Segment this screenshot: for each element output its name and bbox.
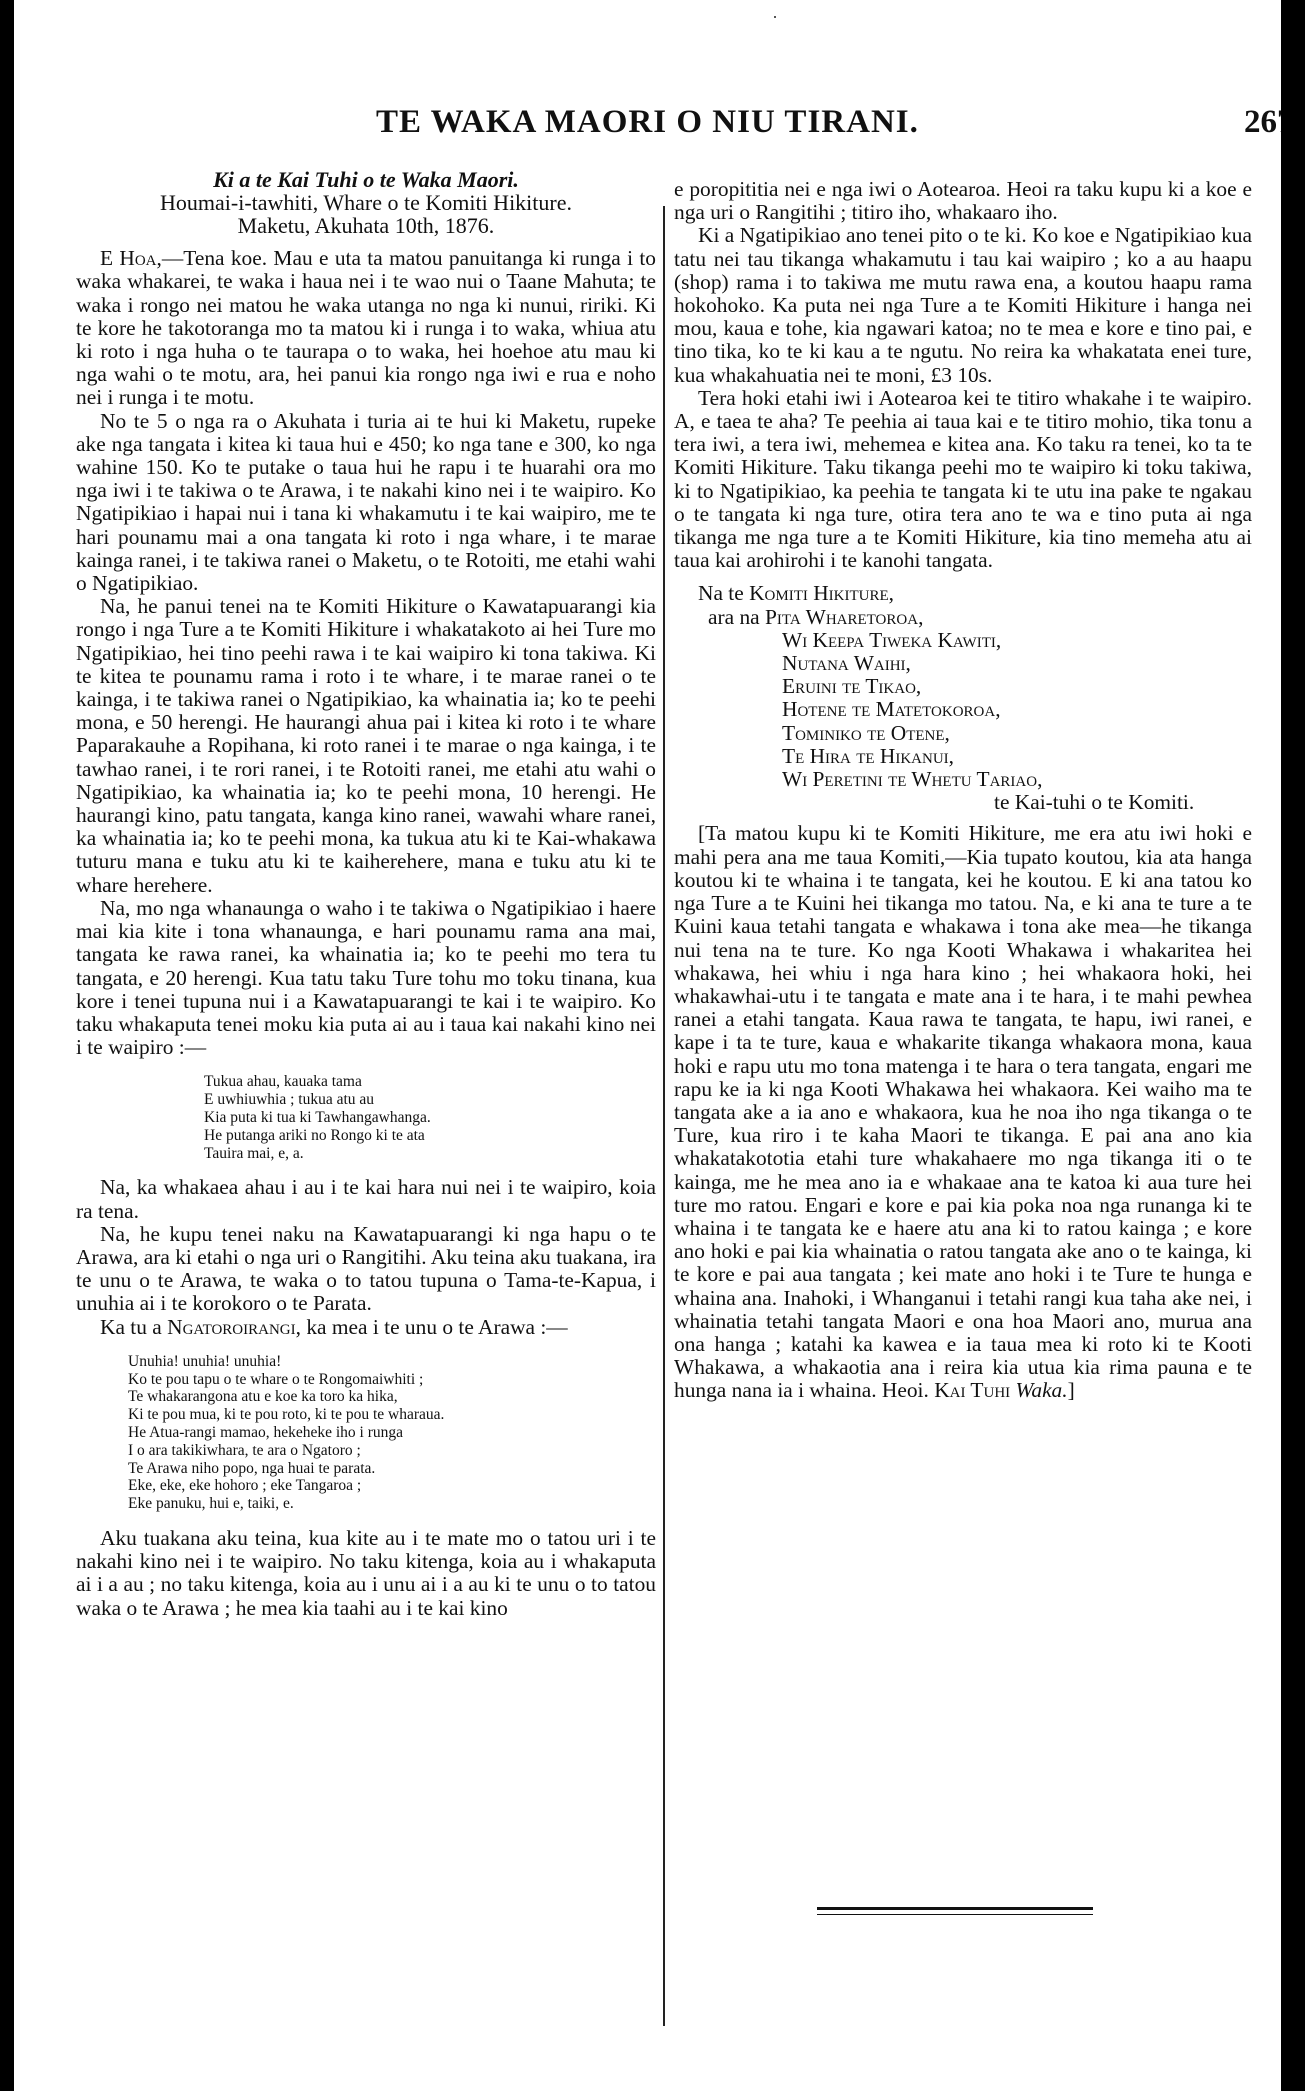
column-divider	[663, 206, 665, 2026]
signatory-name: Hotene te Matetokoroa,	[674, 698, 1252, 721]
verse-line: He Atua-rangi mamao, hekeheke iho i rung…	[128, 1424, 656, 1442]
signatory-name: Te Hira te Hikanui,	[674, 745, 1252, 768]
paragraph-salutation: E Hoa,—Tena koe. Mau e uta ta matou panu…	[76, 247, 656, 409]
committee-name: Komiti Hikiture,	[749, 581, 894, 605]
signature-block: Na te Komiti Hikiture, ara na Pita Whare…	[674, 582, 1252, 814]
salutation: E Hoa,	[100, 246, 162, 270]
signature-line-first: ara na Pita Wharetoroa,	[674, 606, 1252, 629]
editor-signoff-italic: Waka.	[1016, 1378, 1068, 1402]
verse-line: Ki te pou mua, ki te pou roto, ki te pou…	[128, 1406, 656, 1424]
running-title: TE WAKA MAORI O NIU TIRANI.	[376, 104, 919, 141]
paragraph: No te 5 o nga ra o Akuhata i turia ai te…	[76, 410, 656, 596]
paragraph: Na, mo nga whanaunga o waho i te takiwa …	[76, 897, 656, 1059]
left-column: Ki a te Kai Tuhi o te Waka Maori. Houmai…	[76, 168, 656, 1620]
paragraph: Ki a Ngatipikiao ano tenei pito o te ki.…	[674, 224, 1252, 386]
paragraph: Tera hoki etahi iwi i Aotearoa kei te ti…	[674, 387, 1252, 573]
paragraph: Na, he panui tenei na te Komiti Hikiture…	[76, 595, 656, 897]
speaker-name: Ngatoroirangi	[167, 1315, 296, 1339]
letter-heading: Ki a te Kai Tuhi o te Waka Maori.	[76, 168, 656, 191]
scan-speck	[774, 16, 776, 18]
address-line-2: Maketu, Akuhata 10th, 1876.	[76, 214, 656, 237]
verse-line: Eke panuku, hui e, taiki, e.	[128, 1495, 656, 1513]
letter-address: Houmai-i-tawhiti, Whare o te Komiti Hiki…	[76, 191, 656, 237]
signatory-name: Eruini te Tikao,	[674, 675, 1252, 698]
verse-poem-2: Unuhia! unuhia! unuhia! Ko te pou tapu o…	[76, 1353, 656, 1513]
address-line-1: Houmai-i-tawhiti, Whare o te Komiti Hiki…	[76, 191, 656, 214]
scan-border-left	[0, 0, 14, 2091]
end-rule-divider	[817, 1907, 1093, 1915]
signature-line-org: Na te Komiti Hikiture,	[674, 582, 1252, 605]
verse-line: Tauira mai, e, a.	[204, 1145, 656, 1163]
signatory-name: Nutana Waihi,	[674, 652, 1252, 675]
verse-line: He putanga ariki no Rongo ki te ata	[204, 1127, 656, 1145]
newspaper-page: TE WAKA MAORI O NIU TIRANI. 267 Ki a te …	[14, 0, 1281, 2091]
signatory-name: Tominiko te Otene,	[674, 722, 1252, 745]
scan-border-right	[1281, 0, 1305, 2091]
paragraph: Aku tuakana aku teina, kua kite au i te …	[76, 1527, 656, 1620]
paragraph-continuation: e poropititia nei e nga iwi o Aotearoa. …	[674, 178, 1252, 224]
verse-line: Kia puta ki tua ki Tawhangawhanga.	[204, 1109, 656, 1127]
editor-signoff: Kai Tuhi	[934, 1378, 1010, 1402]
text: Ka tu a	[100, 1315, 167, 1339]
paragraph-text: —Tena koe. Mau e uta ta matou panuitanga…	[76, 246, 656, 409]
paragraph: Na, he kupu tenei naku na Kawatapuarangi…	[76, 1223, 656, 1316]
paragraph-speaker: Ka tu a Ngatoroirangi, ka mea i te unu o…	[76, 1316, 656, 1339]
signatory-name: Wi Keepa Tiweka Kawiti,	[674, 629, 1252, 652]
editor-note: [Ta matou kupu ki te Komiti Hikiture, me…	[674, 822, 1252, 1402]
verse-line: Tukua ahau, kauaka tama	[204, 1073, 656, 1091]
rule-thick	[817, 1907, 1093, 1910]
verse-line: Te whakarangona atu e koe ka toro ka hik…	[128, 1388, 656, 1406]
verse-poem-1: Tukua ahau, kauaka tama E uwhiuwhia ; tu…	[76, 1073, 656, 1162]
editor-note-text: [Ta matou kupu ki te Komiti Hikiture, me…	[674, 821, 1252, 1402]
verse-line: Ko te pou tapu o te whare o te Rongomaiw…	[128, 1371, 656, 1389]
paragraph: Na, ka whakaea ahau i au i te kai hara n…	[76, 1176, 656, 1222]
verse-line: Te Arawa niho popo, nga huai te parata.	[128, 1460, 656, 1478]
text: Na te	[698, 581, 749, 605]
verse-line: E uwhiuwhia ; tukua atu au	[204, 1091, 656, 1109]
signatory-title: te Kai-tuhi o te Komiti.	[674, 791, 1252, 814]
right-column: e poropititia nei e nga iwi o Aotearoa. …	[674, 178, 1252, 1403]
verse-line: I o ara takikiwhara, te ara o Ngatoro ;	[128, 1442, 656, 1460]
rule-thin	[817, 1914, 1093, 1915]
verse-line: Unuhia! unuhia! unuhia!	[128, 1353, 656, 1371]
signatory-name: Wi Peretini te Whetu Tariao,	[674, 768, 1252, 791]
text: , ka mea i te unu o te Arawa :—	[296, 1315, 568, 1339]
signatory-name: Pita Wharetoroa,	[765, 605, 923, 629]
text: ]	[1068, 1378, 1075, 1402]
verse-line: Eke, eke, eke hohoro ; eke Tangaroa ;	[128, 1477, 656, 1495]
text: ara na	[708, 605, 765, 629]
